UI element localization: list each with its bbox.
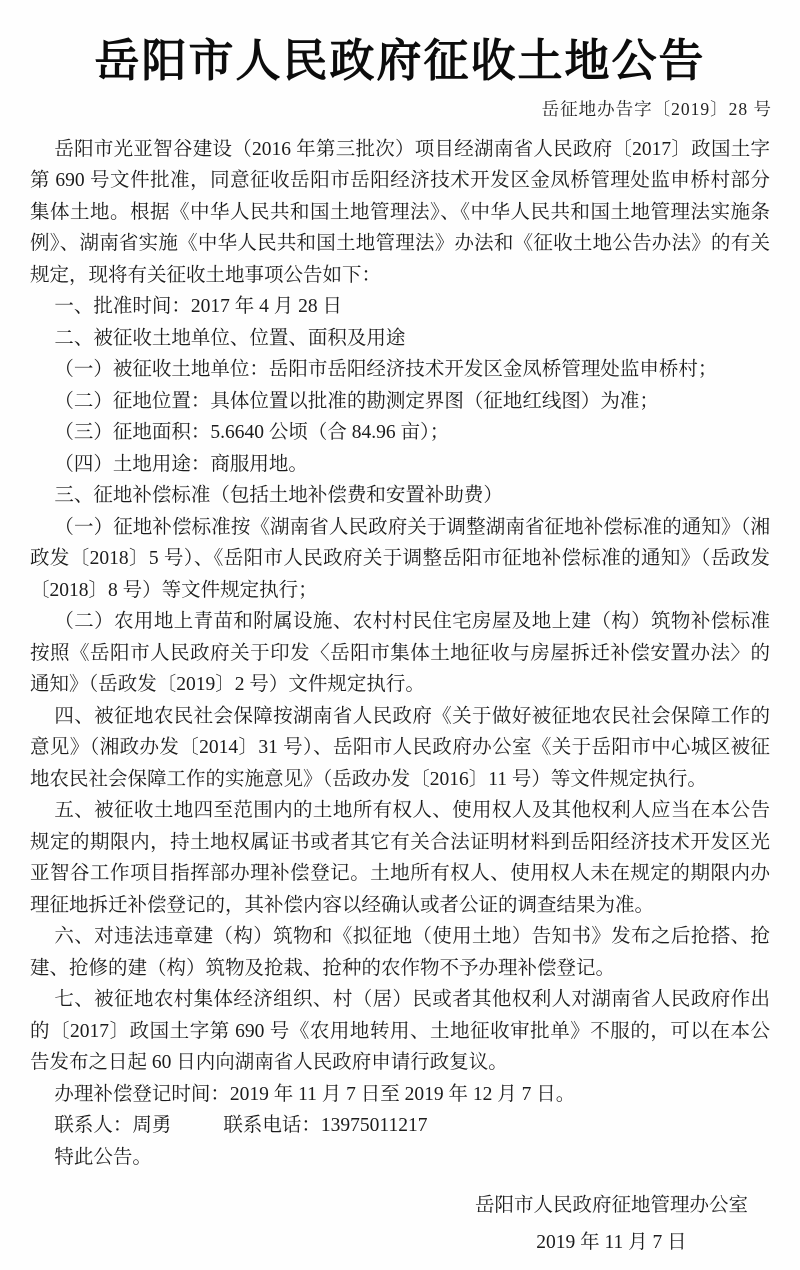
land-requisition-announcement-document: 岳阳市人民政府征收土地公告 岳征地办告字〔2019〕28 号 岳阳市光亚智谷建设… (0, 0, 800, 1270)
item-4-social-security: 四、被征地农民社会保障按湖南省人民政府《关于做好被征地农民社会保障工作的意见》（… (30, 701, 770, 796)
closing-line: 特此公告。 (30, 1142, 770, 1174)
item-2-2-land-location: （二）征地位置：具体位置以批准的勘测定界图（征地红线图）为准； (30, 386, 770, 418)
registration-period: 办理补偿登记时间：2019 年 11 月 7 日至 2019 年 12 月 7 … (30, 1079, 770, 1111)
signature-date: 2019 年 11 月 7 日 (475, 1224, 748, 1261)
item-3-compensation-heading: 三、征地补偿标准（包括土地补偿费和安置补助费） (30, 480, 770, 512)
item-3-1-compensation-standard: （一）征地补偿标准按《湖南省人民政府关于调整湖南省征地补偿标准的通知》（湘政发〔… (30, 512, 770, 607)
item-3-2-attachment-compensation: （二）农用地上青苗和附属设施、农村村民住宅房屋及地上建（构）筑物补偿标准按照《岳… (30, 606, 770, 701)
paragraph-intro: 岳阳市光亚智谷建设（2016 年第三批次）项目经湖南省人民政府〔2017〕政国土… (30, 134, 770, 292)
signature-office: 岳阳市人民政府征地管理办公室 (475, 1187, 748, 1224)
contact-person-label: 联系人： (54, 1115, 132, 1136)
item-2-3-land-area: （三）征地面积：5.6640 公顷（合 84.96 亩）； (30, 417, 770, 449)
signature-block: 岳阳市人民政府征地管理办公室 2019 年 11 月 7 日 (30, 1187, 748, 1261)
document-number: 岳征地办告字〔2019〕28 号 (30, 96, 772, 121)
contact-phone-number: 13975011217 (321, 1115, 428, 1136)
contact-line: 联系人：周勇联系电话：13975011217 (30, 1110, 770, 1142)
item-5-registration-requirement: 五、被征收土地四至范围内的土地所有权人、使用权人及其他权利人应当在本公告规定的期… (30, 795, 770, 921)
item-6-illegal-structures: 六、对违法违章建（构）筑物和《拟征地（使用土地）告知书》发布之后抢搭、抢建、抢修… (30, 921, 770, 984)
item-2-4-land-use: （四）土地用途：商服用地。 (30, 449, 770, 481)
contact-phone-label: 联系电话： (223, 1115, 321, 1136)
contact-person-name: 周勇 (132, 1115, 171, 1136)
document-title: 岳阳市人民政府征收土地公告 (30, 34, 770, 89)
document-body: 岳阳市光亚智谷建设（2016 年第三批次）项目经湖南省人民政府〔2017〕政国土… (30, 134, 770, 1174)
item-2-1-land-unit: （一）被征收土地单位：岳阳市岳阳经济技术开发区金凤桥管理处监申桥村； (30, 354, 770, 386)
item-1-approval-time: 一、批准时间：2017 年 4 月 28 日 (30, 291, 770, 323)
item-2-land-info-heading: 二、被征收土地单位、位置、面积及用途 (30, 323, 770, 355)
item-7-administrative-review: 七、被征地农村集体经济组织、村（居）民或者其他权利人对湖南省人民政府作出的〔20… (30, 984, 770, 1079)
